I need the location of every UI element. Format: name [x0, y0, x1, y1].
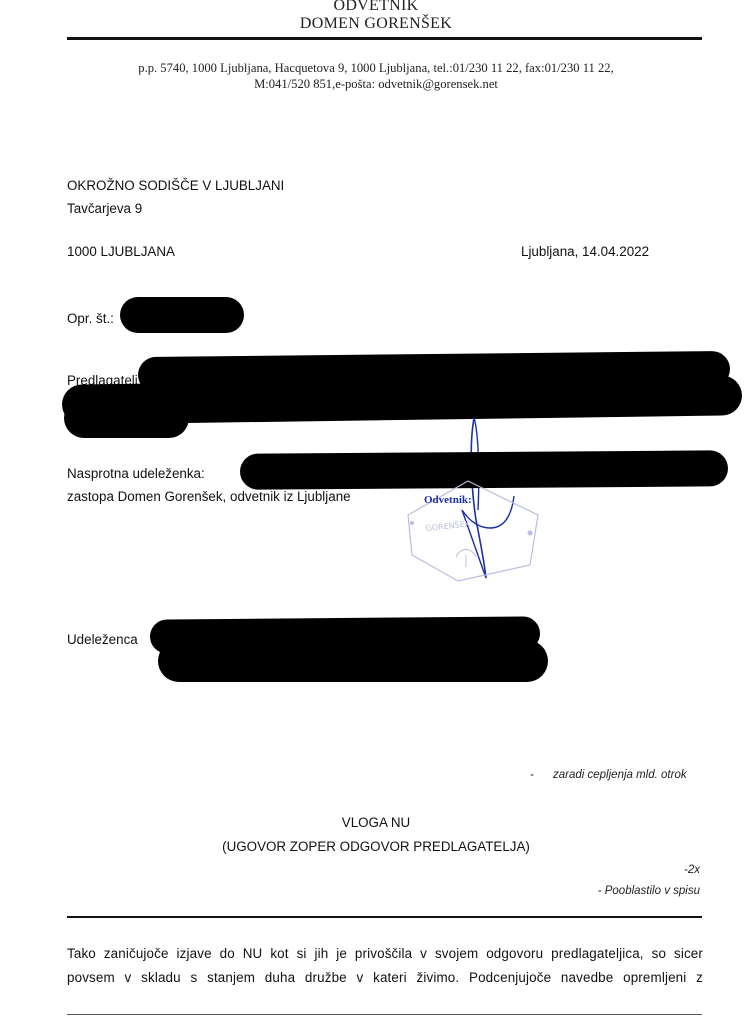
respondent-representative: zastopa Domen Gorenšek, odvetnik iz Ljub…	[67, 489, 351, 504]
page-footer-rule	[67, 1014, 702, 1015]
stamp-label: Odvetnik:	[424, 494, 472, 506]
letterhead-divider	[67, 37, 702, 40]
redaction-case-number	[120, 297, 244, 333]
addressee-city: 1000 LJUBLJANA	[67, 244, 175, 259]
subject-note: zaradi cepljenja mld. otrok	[553, 769, 687, 781]
participants-label: Udeleženca	[67, 632, 138, 647]
place-date: Ljubljana, 14.04.2022	[521, 244, 649, 259]
law-office-stamp-icon: GORENŠEK	[398, 475, 548, 585]
letterhead-contact-line1: p.p. 5740, 1000 Ljubljana, Hacquetova 9,…	[0, 61, 752, 76]
section-divider	[67, 916, 702, 918]
document-title: VLOGA NU	[0, 815, 752, 830]
addressee-street: Tavčarjeva 9	[67, 201, 142, 216]
document-subtitle: (UGOVOR ZOPER ODGOVOR PREDLAGATELJA)	[0, 839, 752, 854]
case-number-label: Opr. št.:	[67, 311, 114, 326]
svg-text:GORENŠEK: GORENŠEK	[425, 517, 471, 533]
letterhead-title-line2: DOMEN GORENŠEK	[0, 15, 752, 33]
body-line1: Tako zaničujoče izjave do NU kot si jih …	[67, 946, 703, 961]
letterhead-title-line1: ODVETNIK	[0, 0, 752, 15]
redaction-participants-line2	[158, 640, 548, 682]
body-line2: povsem v skladu s stanjem duha družbe v …	[67, 970, 703, 985]
subject-note-bullet: -	[530, 769, 534, 781]
redaction-petitioner-line3	[64, 398, 189, 438]
respondent-label: Nasprotna udeleženka:	[67, 466, 205, 481]
redaction-respondent	[240, 450, 728, 489]
letterhead-contact-line2: M:041/520 851,e-pošta: odvetnik@gorensek…	[0, 77, 752, 92]
addressee-court: OKROŽNO SODIŠČE V LJUBLJANI	[67, 178, 284, 193]
copies-count: -2x	[684, 864, 700, 876]
copies-attachment: - Pooblastilo v spisu	[598, 885, 700, 897]
